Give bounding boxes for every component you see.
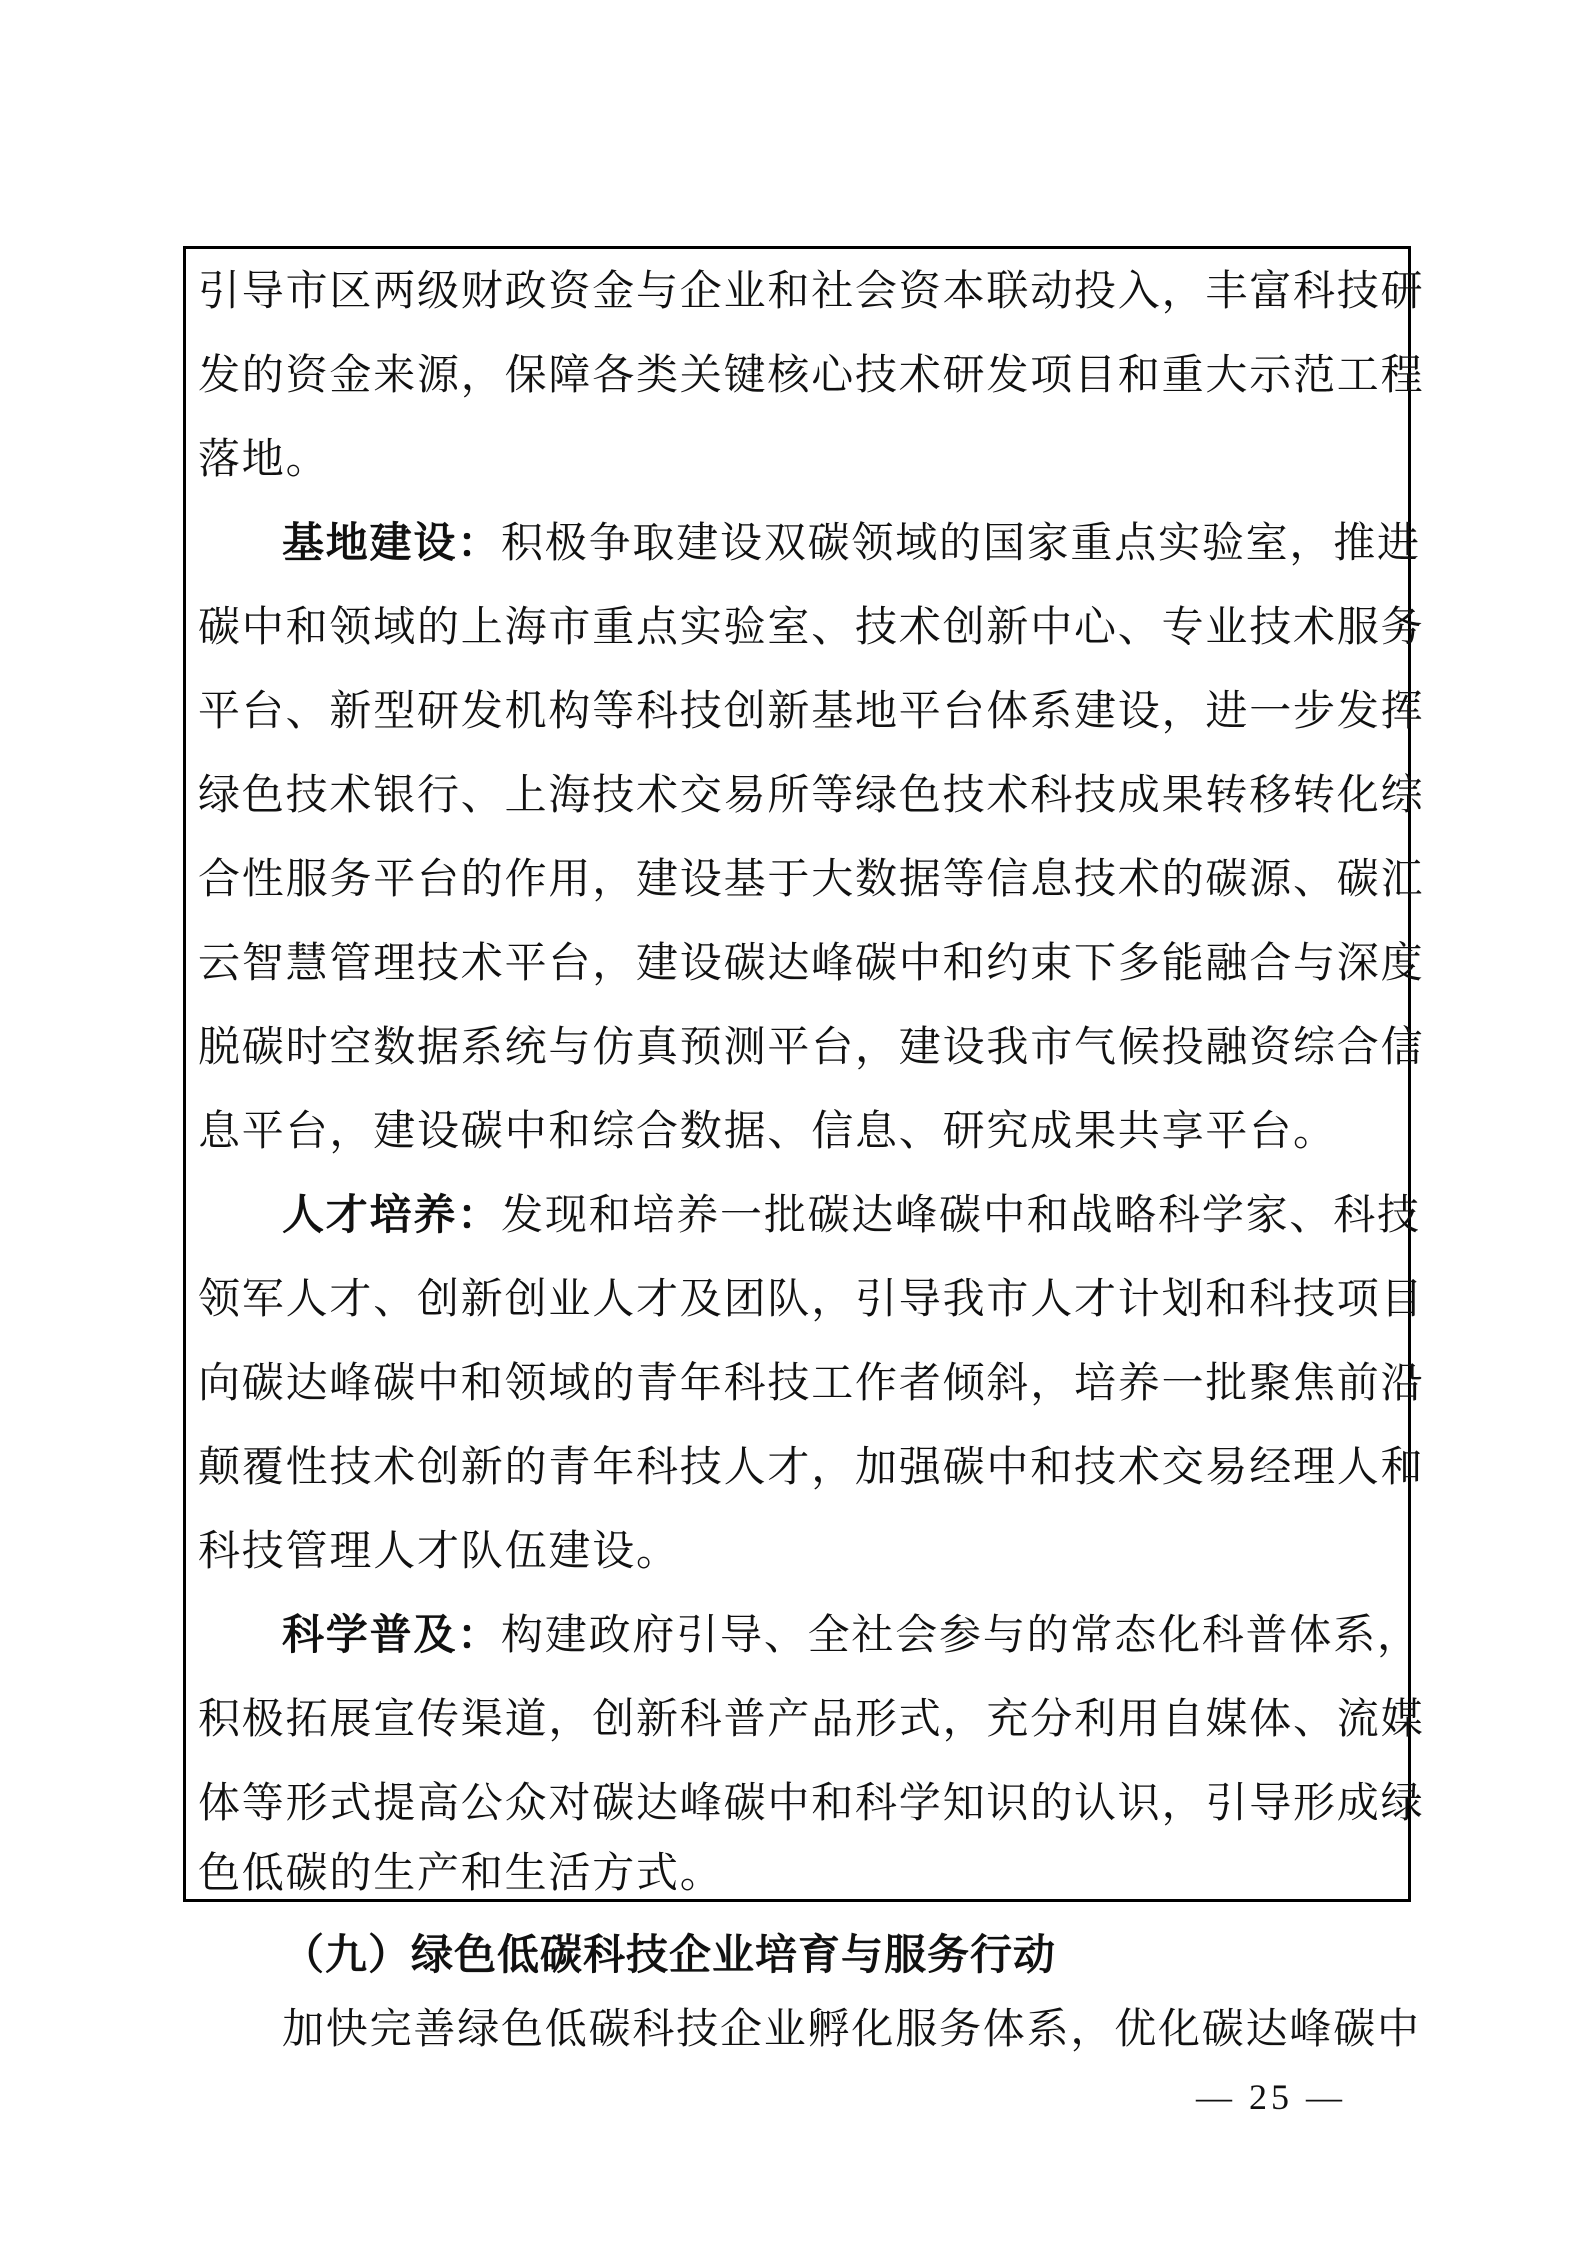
box-para3-line: 向碳达峰碳中和领域的青年科技工作者倾斜，培养一批聚焦前沿 (198, 1358, 1398, 1408)
box-para3-first-line: 人才培养：发现和培养一批碳达峰碳中和战略科学家、科技 (282, 1190, 1398, 1240)
text-span: 积极争取建设双碳领域的国家重点实验室，推进 (501, 518, 1421, 567)
box-para2-line: 息平台，建设碳中和综合数据、信息、研究成果共享平台。 (198, 1106, 1398, 1156)
box-para4-first-line: 科学普及：构建政府引导、全社会参与的常态化科普体系， (282, 1610, 1398, 1660)
box-para1-line: 引导市区两级财政资金与企业和社会资本联动投入，丰富科技研 (198, 266, 1398, 316)
box-para1-line: 发的资金来源，保障各类关键核心技术研发项目和重大示范工程 (198, 350, 1398, 400)
box-para2-line: 碳中和领域的上海市重点实验室、技术创新中心、专业技术服务 (198, 602, 1398, 652)
keyword-talent-cultivation: 人才培养： (282, 1190, 501, 1239)
text-span: 发现和培养一批碳达峰碳中和战略科学家、科技 (501, 1190, 1421, 1239)
box-para2-first-line: 基地建设：积极争取建设双碳领域的国家重点实验室，推进 (282, 518, 1398, 568)
box-para2-line: 脱碳时空数据系统与仿真预测平台，建设我市气候投融资综合信 (198, 1022, 1398, 1072)
keyword-science-popularization: 科学普及： (282, 1610, 501, 1659)
box-para4-line: 积极拓展宣传渠道，创新科普产品形式，充分利用自媒体、流媒 (198, 1694, 1398, 1744)
box-para3-line: 科技管理人才队伍建设。 (198, 1526, 1398, 1576)
text-span: 构建政府引导、全社会参与的常态化科普体系， (501, 1610, 1421, 1659)
box-para3-line: 颠覆性技术创新的青年科技人才，加强碳中和技术交易经理人和 (198, 1442, 1398, 1492)
keyword-base-construction: 基地建设： (282, 518, 501, 567)
box-para2-line: 绿色技术银行、上海技术交易所等绿色技术科技成果转移转化综 (198, 770, 1398, 820)
box-para1-line: 落地。 (198, 434, 1398, 484)
page-number: — 25 — (1196, 2075, 1346, 2119)
box-para4-line: 色低碳的生产和生活方式。 (198, 1848, 1398, 1898)
section-heading: （九）绿色低碳科技企业培育与服务行动 (282, 1930, 1056, 1980)
box-para2-line: 云智慧管理技术平台，建设碳达峰碳中和约束下多能融合与深度 (198, 938, 1398, 988)
box-para2-line: 平台、新型研发机构等科技创新基地平台体系建设，进一步发挥 (198, 686, 1398, 736)
box-para4-line: 体等形式提高公众对碳达峰碳中和科学知识的认识，引导形成绿 (198, 1778, 1398, 1828)
section-body-line: 加快完善绿色低碳科技企业孵化服务体系，优化碳达峰碳中 (282, 2004, 1398, 2054)
box-para3-line: 领军人才、创新创业人才及团队，引导我市人才计划和科技项目 (198, 1274, 1398, 1324)
box-para2-line: 合性服务平台的作用，建设基于大数据等信息技术的碳源、碳汇 (198, 854, 1398, 904)
